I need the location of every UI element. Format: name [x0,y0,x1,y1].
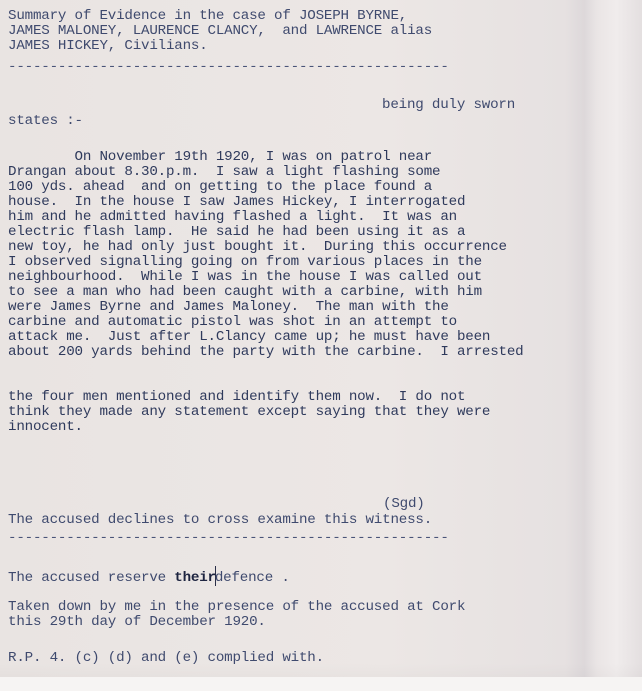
body-line: 100 yds. ahead and on getting to the pla… [8,180,432,195]
body-line: neighbourhood. While I was in the house … [8,270,482,285]
body-line: electric flash lamp. He said he had been… [8,225,465,240]
body-line: carbine and automatic pistol was shot in… [8,315,457,330]
taken-down-line-1: Taken down by me in the presence of the … [8,600,465,615]
sworn-line: being duly sworn [382,98,515,113]
body-line: the four men mentioned and identify them… [8,390,465,405]
body-line: think they made any statement except say… [8,405,490,420]
header-line-1: Summary of Evidence in the case of JOSEP… [8,9,407,24]
separator-bottom: ----------------------------------------… [8,531,449,546]
header-line-2-text: JAMES MALONEY, LAURENCE CLANCY, and LAWR… [8,23,432,39]
body-line: him and he admitted having flashed a lig… [8,210,457,225]
body-line: to see a man who had been caught with a … [8,285,482,300]
defence-suffix: defence . [215,570,290,586]
body-line: I observed signalling going on from vari… [8,255,482,270]
states-line: states :- [8,114,83,129]
body-line: Drangan about 8.30.p.m. I saw a light fl… [8,165,440,180]
defence-prefix: The accused reserve [8,570,174,586]
body-line: about 200 yards behind the party with th… [8,345,523,360]
defence-line: The accused reserve theirdefence . [8,566,290,586]
body-line: were James Byrne and James Maloney. The … [8,300,449,315]
separator-top: ----------------------------------------… [8,60,449,75]
signature-mark: (Sgd) [383,497,425,512]
body-line: house. In the house I saw James Hickey, … [8,195,465,210]
body-line: new toy, he had only just bought it. Dur… [8,240,507,255]
page-bottom-edge [0,677,642,691]
header-line-3: JAMES HICKEY, Civilians. [8,39,208,54]
body-line: On November 19th 1920, I was on patrol n… [8,150,432,165]
cross-exam-line: The accused declines to cross examine th… [8,513,432,528]
body-line: attack me. Just after L.Clancy came up; … [8,330,490,345]
taken-down-line-2: this 29th day of December 1920. [8,615,266,630]
body-line: innocent. [8,420,83,435]
defence-overtype: their [174,570,216,586]
compliance-line: R.P. 4. (c) (d) and (e) complied with. [8,651,324,666]
header-line-2: JAMES MALONEY, LAURENCE CLANCY, and LAWR… [8,24,432,39]
